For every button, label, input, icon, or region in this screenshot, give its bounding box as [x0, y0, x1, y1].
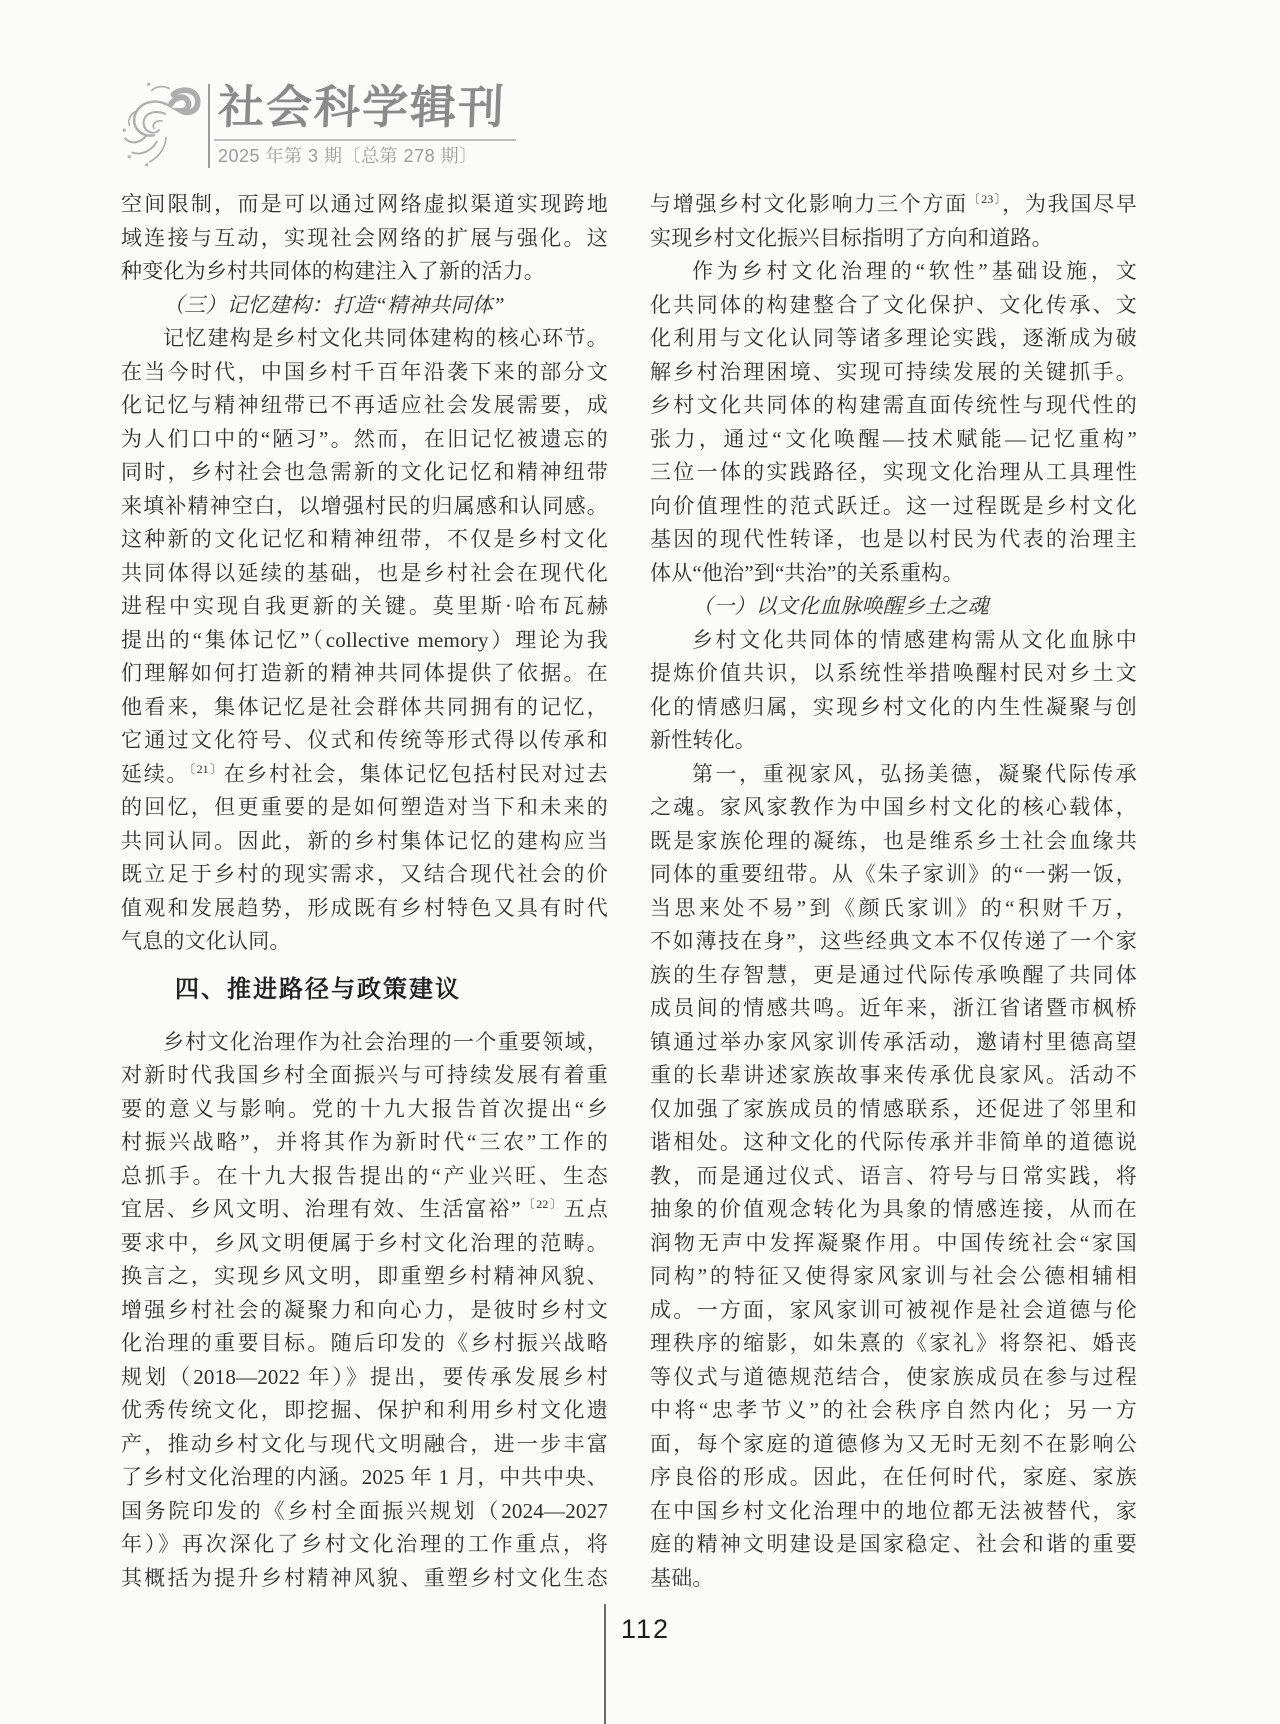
text-line: 实现乡村文化振兴目标指明了方向和道路。 [650, 222, 1137, 256]
journal-logo [112, 72, 210, 170]
text-line: 向价值理性的范式跃迁。这一过程既是乡村文化 [650, 490, 1137, 524]
header-vertical-rule [208, 84, 210, 168]
text-line: 域连接与互动，实现社会网络的扩展与强化。这 [121, 222, 608, 256]
text-line: 他看来，集体记忆是社会群体共同拥有的记忆， [121, 691, 608, 725]
journal-page: 社会科学辑刊 2025 年第 3 期〔总第 278 期〕 空间限制，而是可以通过… [0, 0, 1280, 1724]
text-line: 优秀传统文化，即挖掘、保护和利用乡村文化遗 [121, 1394, 608, 1428]
text-line: 提出的“集体记忆”（collective memory）理论为我 [121, 624, 608, 658]
text-line: 第一，重视家风，弘扬美德，凝聚代际传承 [650, 758, 1137, 792]
text-line: 共同认同。因此，新的乡村集体记忆的建构应当 [121, 825, 608, 859]
text-line: 庭的精神文明建设是国家稳定、社会和谐的重要 [650, 1528, 1137, 1562]
page-number-rule [604, 1604, 606, 1724]
subsection-heading: （三）记忆建构：打造“精神共同体” [121, 289, 608, 323]
text-line: 村振兴战略”，并将其作为新时代“三农”工作的 [121, 1126, 608, 1160]
journal-title: 社会科学辑刊 [217, 80, 507, 136]
text-line: 种变化为乡村共同体的构建注入了新的活力。 [121, 255, 608, 289]
text-line: 为人们口中的“陋习”。然而，在旧记忆被遗忘的 [121, 423, 608, 457]
text-line: 理秩序的缩影，如朱熹的《家礼》将祭祀、婚丧 [650, 1327, 1137, 1361]
text-line: 要的意义与影响。党的十九大报告首次提出“乡 [121, 1093, 608, 1127]
text-line: 与增强乡村文化影响力三个方面〔23〕，为我国尽早 [650, 188, 1137, 222]
text-line: 延续。〔21〕在乡村社会，集体记忆包括村民对过去 [121, 758, 608, 792]
text-line: 在中国乡村文化治理中的地位都无法被替代，家 [650, 1495, 1137, 1529]
text-line: 重的长辈讲述家族故事来传承优良家风。活动不 [650, 1059, 1137, 1093]
text-line: 基础。 [650, 1562, 1137, 1596]
text-line: 提炼价值共识，以系统性举措唤醒村民对乡土文 [650, 657, 1137, 691]
text-line: 成员间的情感共鸣。近年来，浙江省诸暨市枫桥 [650, 992, 1137, 1026]
text-line: 乡村文化共同体的构建需直面传统性与现代性的 [650, 389, 1137, 423]
text-line: 空间限制，而是可以通过网络虚拟渠道实现跨地 [121, 188, 608, 222]
text-line: 乡村文化共同体的情感建构需从文化血脉中 [650, 624, 1137, 658]
text-line: 族的生存智慧，更是通过代际传承唤醒了共同体 [650, 959, 1137, 993]
text-line: 当思来处不易”到《颜氏家训》的“积财千万， [650, 892, 1137, 926]
text-line: 作为乡村文化治理的“软性”基础设施，文 [650, 255, 1137, 289]
text-line: 张力，通过“文化唤醒—技术赋能—记忆重构” [650, 423, 1137, 457]
text-line: 国务院印发的《乡村全面振兴规划（2024—2027 [121, 1495, 608, 1529]
text-line: 化治理的重要目标。随后印发的《乡村振兴战略 [121, 1327, 608, 1361]
text-line: 对新时代我国乡村全面振兴与可持续发展有着重 [121, 1059, 608, 1093]
text-line: 化的情感归属，实现乡村文化的内生性凝聚与创 [650, 691, 1137, 725]
text-line: 三位一体的实践路径，实现文化治理从工具理性 [650, 456, 1137, 490]
text-line: 之魂。家风家教作为中国乡村文化的核心载体， [650, 791, 1137, 825]
issue-info: 2025 年第 3 期〔总第 278 期〕 [218, 142, 478, 168]
text-line: 记忆建构是乡村文化共同体建构的核心环节。 [121, 322, 608, 356]
text-line: 基因的现代性转译，也是以村民为代表的治理主 [650, 523, 1137, 557]
text-line: 不如薄技在身”，这些经典文本不仅传递了一个家 [650, 925, 1137, 959]
footnote-ref: 〔21〕 [189, 762, 224, 776]
text-line: 增强乡村社会的凝聚力和向心力，是彼时乡村文 [121, 1294, 608, 1328]
text-line: 教，而是通过仪式、语言、符号与日常实践，将 [650, 1160, 1137, 1194]
text-line: 仅加强了家族成员的情感联系，还促进了邻里和 [650, 1093, 1137, 1127]
text-line: 面，每个家庭的道德修为又无时无刻不在影响公 [650, 1428, 1137, 1462]
text-line: 的回忆，但更重要的是如何塑造对当下和未来的 [121, 791, 608, 825]
right-column: 与增强乡村文化影响力三个方面〔23〕，为我国尽早实现乡村文化振兴目标指明了方向和… [650, 188, 1137, 1595]
text-line: 在当今时代，中国乡村千百年沿袭下来的部分文 [121, 356, 608, 390]
text-line: 其概括为提升乡村精神风貌、重塑乡村文化生态 [121, 1562, 608, 1596]
text-line: 要求中，乡风文明便属于乡村文化治理的范畴。 [121, 1227, 608, 1261]
subsection-heading: （一）以文化血脉唤醒乡土之魂 [650, 590, 1137, 624]
text-line: 总抓手。在十九大报告提出的“产业兴旺、生态 [121, 1160, 608, 1194]
text-line: 它通过文化符号、仪式和传统等形式得以传承和 [121, 724, 608, 758]
text-line: 谐相处。这种文化的代际传承并非简单的道德说 [650, 1126, 1137, 1160]
text-line: 同体的重要纽带。从《朱子家训》的“一粥一饭， [650, 858, 1137, 892]
text-line: 既是家族伦理的凝练，也是维系乡土社会血缘共 [650, 825, 1137, 859]
text-line: 规划（2018—2022 年）》提出，要传承发展乡村 [121, 1361, 608, 1395]
text-line: 润物无声中发挥凝聚作用。中国传统社会“家国 [650, 1227, 1137, 1261]
text-line: 成。一方面，家风家训可被视作是社会道德与伦 [650, 1294, 1137, 1328]
text-line: 抽象的价值观念转化为具象的情感连接，从而在 [650, 1193, 1137, 1227]
text-line: 体从“他治”到“共治”的关系重构。 [650, 557, 1137, 591]
text-line: 共同体得以延续的基础，也是乡村社会在现代化 [121, 557, 608, 591]
text-line: 产，推动乡村文化与现代文明融合，进一步丰富 [121, 1428, 608, 1462]
section-heading: 四、推进路径与政策建议 [121, 975, 608, 1005]
footnote-ref: 〔22〕 [521, 1197, 564, 1211]
text-line: 同时，乡村社会也急需新的文化记忆和精神纽带 [121, 456, 608, 490]
footnote-ref: 〔23〕 [968, 192, 1003, 206]
text-line: 了乡村文化治理的内涵。2025 年 1 月，中共中央、 [121, 1461, 608, 1495]
text-line: 乡村文化治理作为社会治理的一个重要领域， [121, 1026, 608, 1060]
text-line: 镇通过举办家风家训传承活动，邀请村里德高望 [650, 1026, 1137, 1060]
text-line: 年）》再次深化了乡村文化治理的工作重点，将 [121, 1528, 608, 1562]
text-line: 们理解如何打造新的精神共同体提供了依据。在 [121, 657, 608, 691]
masthead-underline [214, 139, 516, 141]
left-column: 空间限制，而是可以通过网络虚拟渠道实现跨地域连接与互动，实现社会网络的扩展与强化… [121, 188, 608, 1595]
text-line: 序良俗的形成。因此，在任何时代，家庭、家族 [650, 1461, 1137, 1495]
text-line: 新性转化。 [650, 724, 1137, 758]
text-line: 值观和发展趋势，形成既有乡村特色又具有时代 [121, 892, 608, 926]
page-number: 112 [621, 1614, 670, 1645]
text-line: 换言之，实现乡风文明，即重塑乡村精神风貌、 [121, 1260, 608, 1294]
text-line: 化共同体的构建整合了文化保护、文化传承、文 [650, 289, 1137, 323]
phoenix-logo-icon [112, 72, 210, 170]
text-line: 同构”的特征又使得家风家训与社会公德相辅相 [650, 1260, 1137, 1294]
text-line: 化利用与文化认同等诸多理论实践，逐渐成为破 [650, 322, 1137, 356]
text-line: 既立足于乡村的现实需求，又结合现代社会的价 [121, 858, 608, 892]
text-line: 化记忆与精神纽带已不再适应社会发展需要，成 [121, 389, 608, 423]
text-line: 中将“忠孝节义”的社会秩序自然内化；另一方 [650, 1394, 1137, 1428]
text-line: 宜居、乡风文明、治理有效、生活富裕”〔22〕五点 [121, 1193, 608, 1227]
text-line: 进程中实现自我更新的关键。莫里斯·哈布瓦赫 [121, 590, 608, 624]
text-line: 等仪式与道德规范结合，使家族成员在参与过程 [650, 1361, 1137, 1395]
text-line: 这种新的文化记忆和精神纽带，不仅是乡村文化 [121, 523, 608, 557]
text-line: 来填补精神空白，以增强村民的归属感和认同感。 [121, 490, 608, 524]
text-line: 解乡村治理困境、实现可持续发展的关键抓手。 [650, 356, 1137, 390]
text-line: 气息的文化认同。 [121, 925, 608, 959]
